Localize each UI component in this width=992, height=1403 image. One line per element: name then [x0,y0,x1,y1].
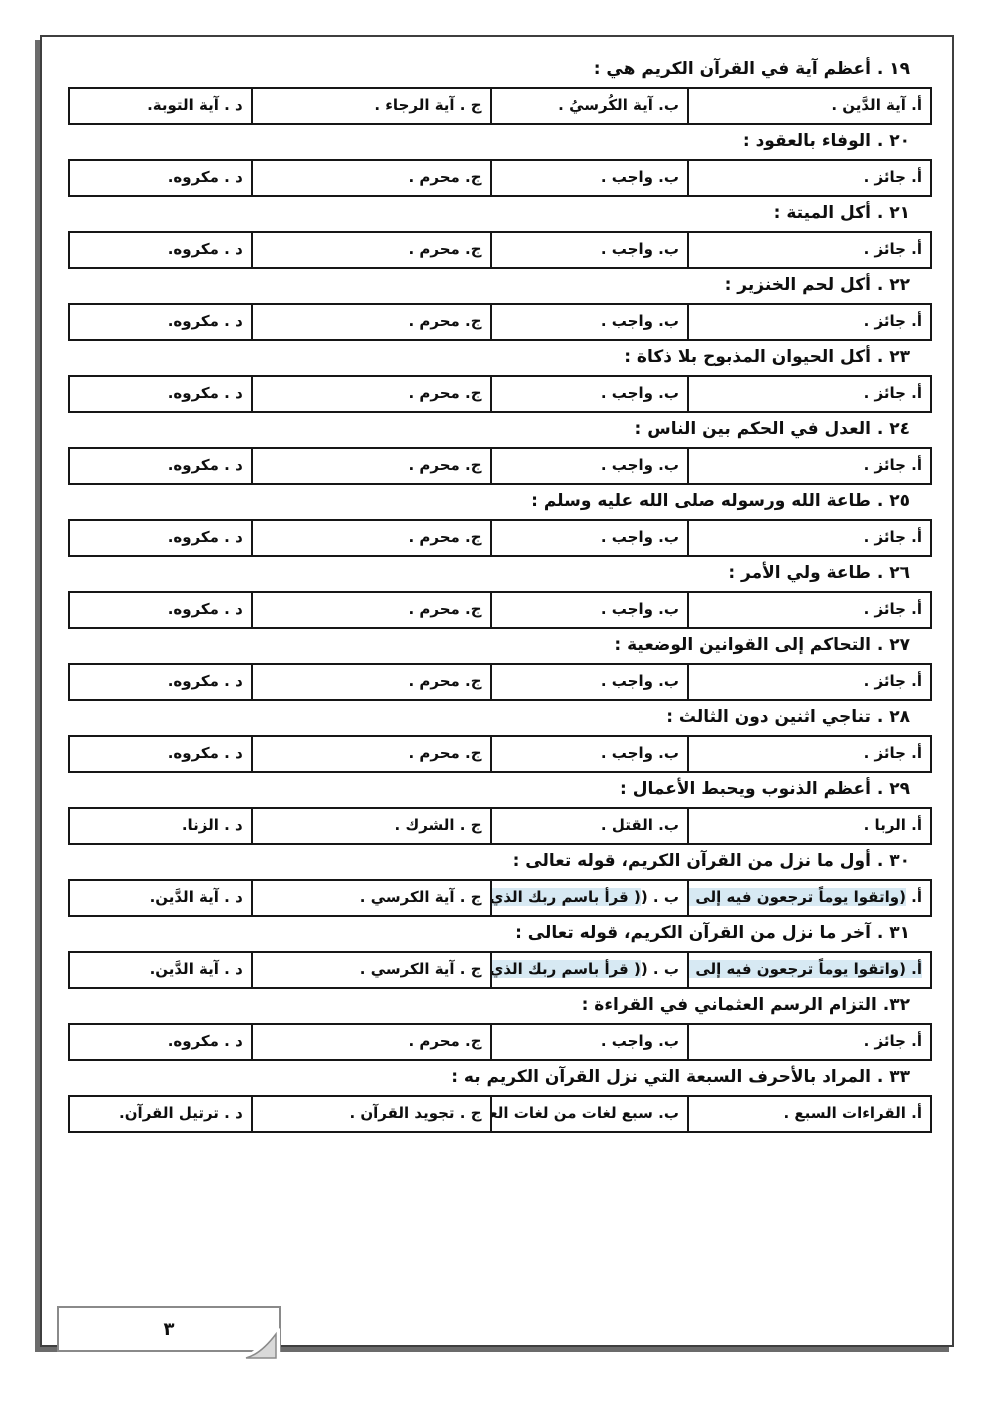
question-27-option-c: ج. محرم . [252,664,491,700]
question-21-option-c: ج. محرم . [252,232,491,268]
question-19-heading: ١٩ . أعظم آية في القرآن الكريم هي : [68,57,910,81]
options-row: أ. الربا . ب. القتل . ج . الشرك . د . ال… [69,808,931,844]
question-31-heading: ٣١ . آخر ما نزل من القرآن الكريم، قوله ت… [68,921,910,945]
question-22-option-a: أ. جائز . [688,304,931,340]
question-30-option-a: أ. (واتقوا يوماً ترجعون فيه إلى الله) [688,880,931,916]
question-26: ٢٦ . طاعة ولي الأمر : أ. جائز . ب. واجب … [68,561,932,629]
question-30-option-b: ب . (( قرأ باسم ربك الذي خلق) . [491,880,688,916]
question-30: ٣٠ . أول ما نزل من القرآن الكريم، قوله ت… [68,849,932,917]
question-25-option-d: د . مكروه. [69,520,252,556]
question-19-option-d: د . آية التوبة. [69,88,252,124]
question-26-heading: ٢٦ . طاعة ولي الأمر : [68,561,910,585]
question-24-options-table: أ. جائز . ب. واجب . ج. محرم . د . مكروه. [68,447,932,485]
question-26-option-d: د . مكروه. [69,592,252,628]
question-28-option-d: د . مكروه. [69,736,252,772]
options-row: أ. آية الدَّين . ب. آية الكُرسيُ . ج . آ… [69,88,931,124]
question-19-option-a: أ. آية الدَّين . [688,88,931,124]
question-22: ٢٢ . أكل لحم الخنزير : أ. جائز . ب. واجب… [68,273,932,341]
question-20-option-c: ج. محرم . [252,160,491,196]
options-row: أ. جائز . ب. واجب . ج. محرم . د . مكروه. [69,232,931,268]
question-27-option-b: ب. واجب . [491,664,688,700]
question-24-option-a: أ. جائز . [688,448,931,484]
option-text-highlighted: (واتقوا يوماً ترجعون فيه إلى الله) [688,888,906,906]
question-23-heading: ٢٣ . أكل الحيوان المذبوح بلا ذكاة : [68,345,910,369]
question-28-option-a: أ. جائز . [688,736,931,772]
option-text-highlighted: ( قرأ باسم ربك الذي خلق) [491,888,641,906]
question-32-option-a: أ. جائز . [688,1024,931,1060]
question-26-option-b: ب. واجب . [491,592,688,628]
question-21-options-table: أ. جائز . ب. واجب . ج. محرم . د . مكروه. [68,231,932,269]
question-32-option-d: د . مكروه. [69,1024,252,1060]
question-30-heading: ٣٠ . أول ما نزل من القرآن الكريم، قوله ت… [68,849,910,873]
question-23-option-b: ب. واجب . [491,376,688,412]
question-20-options-table: أ. جائز . ب. واجب . ج. محرم . د . مكروه. [68,159,932,197]
question-33-option-d: د . ترتيل القرآن. [69,1096,252,1132]
question-26-option-c: ج. محرم . [252,592,491,628]
question-32-option-c: ج. محرم . [252,1024,491,1060]
question-30-options-table: أ. (واتقوا يوماً ترجعون فيه إلى الله) ب … [68,879,932,917]
question-21-option-a: أ. جائز . [688,232,931,268]
question-28-heading: ٢٨ . تناجي اثنين دون الثالث : [68,705,910,729]
question-24-heading: ٢٤ . العدل في الحكم بين الناس : [68,417,910,441]
question-27: ٢٧ . التحاكم إلى القوانين الوضعية : أ. ج… [68,633,932,701]
options-row: أ. جائز . ب. واجب . ج. محرم . د . مكروه. [69,376,931,412]
question-24-option-d: د . مكروه. [69,448,252,484]
page-curl-icon [239,1327,281,1363]
question-31: ٣١ . آخر ما نزل من القرآن الكريم، قوله ت… [68,921,932,989]
question-27-heading: ٢٧ . التحاكم إلى القوانين الوضعية : [68,633,910,657]
question-27-option-a: أ. جائز . [688,664,931,700]
option-text: أ. [906,888,922,906]
question-19-option-b: ب. آية الكُرسيُ . [491,88,688,124]
options-row: أ. جائز . ب. واجب . ج. محرم . د . مكروه. [69,520,931,556]
options-row: أ. جائز . ب. واجب . ج. محرم . د . مكروه. [69,736,931,772]
options-row: أ. القراءات السبع . ب. سبع لغات من لغات … [69,1096,931,1132]
question-22-option-c: ج. محرم . [252,304,491,340]
question-26-option-a: أ. جائز . [688,592,931,628]
options-row: أ. جائز . ب. واجب . ج. محرم . د . مكروه. [69,448,931,484]
question-25-heading: ٢٥ . طاعة الله ورسوله صلى الله عليه وسلم… [68,489,910,513]
question-25: ٢٥ . طاعة الله ورسوله صلى الله عليه وسلم… [68,489,932,557]
question-31-option-a: أ. (واتقوا يوماً ترجعون فيه إلى الله) [688,952,931,988]
page-number-box: ٣ [57,1306,281,1352]
question-29-options-table: أ. الربا . ب. القتل . ج . الشرك . د . ال… [68,807,932,845]
question-28-options-table: أ. جائز . ب. واجب . ج. محرم . د . مكروه. [68,735,932,773]
question-32-option-b: ب. واجب . [491,1024,688,1060]
question-29-option-d: د . الزنا. [69,808,252,844]
question-23: ٢٣ . أكل الحيوان المذبوح بلا ذكاة : أ. ج… [68,345,932,413]
question-25-option-b: ب. واجب . [491,520,688,556]
question-26-options-table: أ. جائز . ب. واجب . ج. محرم . د . مكروه. [68,591,932,629]
question-20: ٢٠ . الوفاء بالعقود : أ. جائز . ب. واجب … [68,129,932,197]
question-33-options-table: أ. القراءات السبع . ب. سبع لغات من لغات … [68,1095,932,1133]
question-27-options-table: أ. جائز . ب. واجب . ج. محرم . د . مكروه. [68,663,932,701]
question-32: ٣٢. التزام الرسم العثماني في القراءة : أ… [68,993,932,1061]
question-21-option-b: ب. واجب . [491,232,688,268]
question-31-option-d: د . آية الدَّين. [69,952,252,988]
question-33-option-c: ج . تجويد القرآن . [252,1096,491,1132]
question-33-option-a: أ. القراءات السبع . [688,1096,931,1132]
question-22-options-table: أ. جائز . ب. واجب . ج. محرم . د . مكروه. [68,303,932,341]
option-text: ب . ( [641,960,679,978]
question-29-heading: ٢٩ . أعظم الذنوب ويحبط الأعمال : [68,777,910,801]
question-24-option-c: ج. محرم . [252,448,491,484]
question-27-option-d: د . مكروه. [69,664,252,700]
question-31-option-b: ب . (( قرأ باسم ربك الذي خلق) . [491,952,688,988]
option-text-highlighted: أ. (واتقوا يوماً ترجعون فيه إلى الله) [688,960,922,978]
question-21-option-d: د . مكروه. [69,232,252,268]
question-20-option-d: د . مكروه. [69,160,252,196]
page-number: ٣ [164,1319,175,1340]
options-row: أ. (واتقوا يوماً ترجعون فيه إلى الله) ب … [69,952,931,988]
question-21: ٢١ . أكل الميتة : أ. جائز . ب. واجب . ج.… [68,201,932,269]
question-32-heading: ٣٢. التزام الرسم العثماني في القراءة : [68,993,910,1017]
question-25-option-c: ج. محرم . [252,520,491,556]
options-row: أ. جائز . ب. واجب . ج. محرم . د . مكروه. [69,592,931,628]
question-23-options-table: أ. جائز . ب. واجب . ج. محرم . د . مكروه. [68,375,932,413]
exam-questions-content: ١٩ . أعظم آية في القرآن الكريم هي : أ. آ… [42,37,952,1133]
question-19-option-c: ج . آية الرجاء . [252,88,491,124]
question-29-option-c: ج . الشرك . [252,808,491,844]
question-31-option-c: ج . آية الكرسي . [252,952,491,988]
question-23-option-d: د . مكروه. [69,376,252,412]
options-row: أ. جائز . ب. واجب . ج. محرم . د . مكروه. [69,304,931,340]
question-22-heading: ٢٢ . أكل لحم الخنزير : [68,273,910,297]
question-32-options-table: أ. جائز . ب. واجب . ج. محرم . د . مكروه. [68,1023,932,1061]
question-23-option-a: أ. جائز . [688,376,931,412]
question-29: ٢٩ . أعظم الذنوب ويحبط الأعمال : أ. الرب… [68,777,932,845]
question-20-option-a: أ. جائز . [688,160,931,196]
question-19: ١٩ . أعظم آية في القرآن الكريم هي : أ. آ… [68,57,932,125]
question-19-options-table: أ. آية الدَّين . ب. آية الكُرسيُ . ج . آ… [68,87,932,125]
options-row: أ. (واتقوا يوماً ترجعون فيه إلى الله) ب … [69,880,931,916]
question-33-heading: ٣٣ . المراد بالأحرف السبعة التي نزل القر… [68,1065,910,1089]
question-33-option-b: ب. سبع لغات من لغات العرب . [491,1096,688,1132]
question-31-options-table: أ. (واتقوا يوماً ترجعون فيه إلى الله) ب … [68,951,932,989]
question-29-option-b: ب. القتل . [491,808,688,844]
question-24: ٢٤ . العدل في الحكم بين الناس : أ. جائز … [68,417,932,485]
question-20-heading: ٢٠ . الوفاء بالعقود : [68,129,910,153]
question-22-option-d: د . مكروه. [69,304,252,340]
question-25-option-a: أ. جائز . [688,520,931,556]
question-29-option-a: أ. الربا . [688,808,931,844]
options-row: أ. جائز . ب. واجب . ج. محرم . د . مكروه. [69,664,931,700]
question-25-options-table: أ. جائز . ب. واجب . ج. محرم . د . مكروه. [68,519,932,557]
option-text: ب . ( [641,888,679,906]
question-22-option-b: ب. واجب . [491,304,688,340]
question-28-option-c: ج. محرم . [252,736,491,772]
question-28: ٢٨ . تناجي اثنين دون الثالث : أ. جائز . … [68,705,932,773]
question-24-option-b: ب. واجب . [491,448,688,484]
page-border-frame: ١٩ . أعظم آية في القرآن الكريم هي : أ. آ… [40,35,954,1347]
question-30-option-c: ج . آية الكرسي . [252,880,491,916]
question-20-option-b: ب. واجب . [491,160,688,196]
question-23-option-c: ج. محرم . [252,376,491,412]
question-28-option-b: ب. واجب . [491,736,688,772]
option-text-highlighted: ( قرأ باسم ربك الذي خلق) [491,960,641,978]
question-30-option-d: د . آية الدَّين. [69,880,252,916]
options-row: أ. جائز . ب. واجب . ج. محرم . د . مكروه. [69,1024,931,1060]
options-row: أ. جائز . ب. واجب . ج. محرم . د . مكروه. [69,160,931,196]
question-33: ٣٣ . المراد بالأحرف السبعة التي نزل القر… [68,1065,932,1133]
question-21-heading: ٢١ . أكل الميتة : [68,201,910,225]
